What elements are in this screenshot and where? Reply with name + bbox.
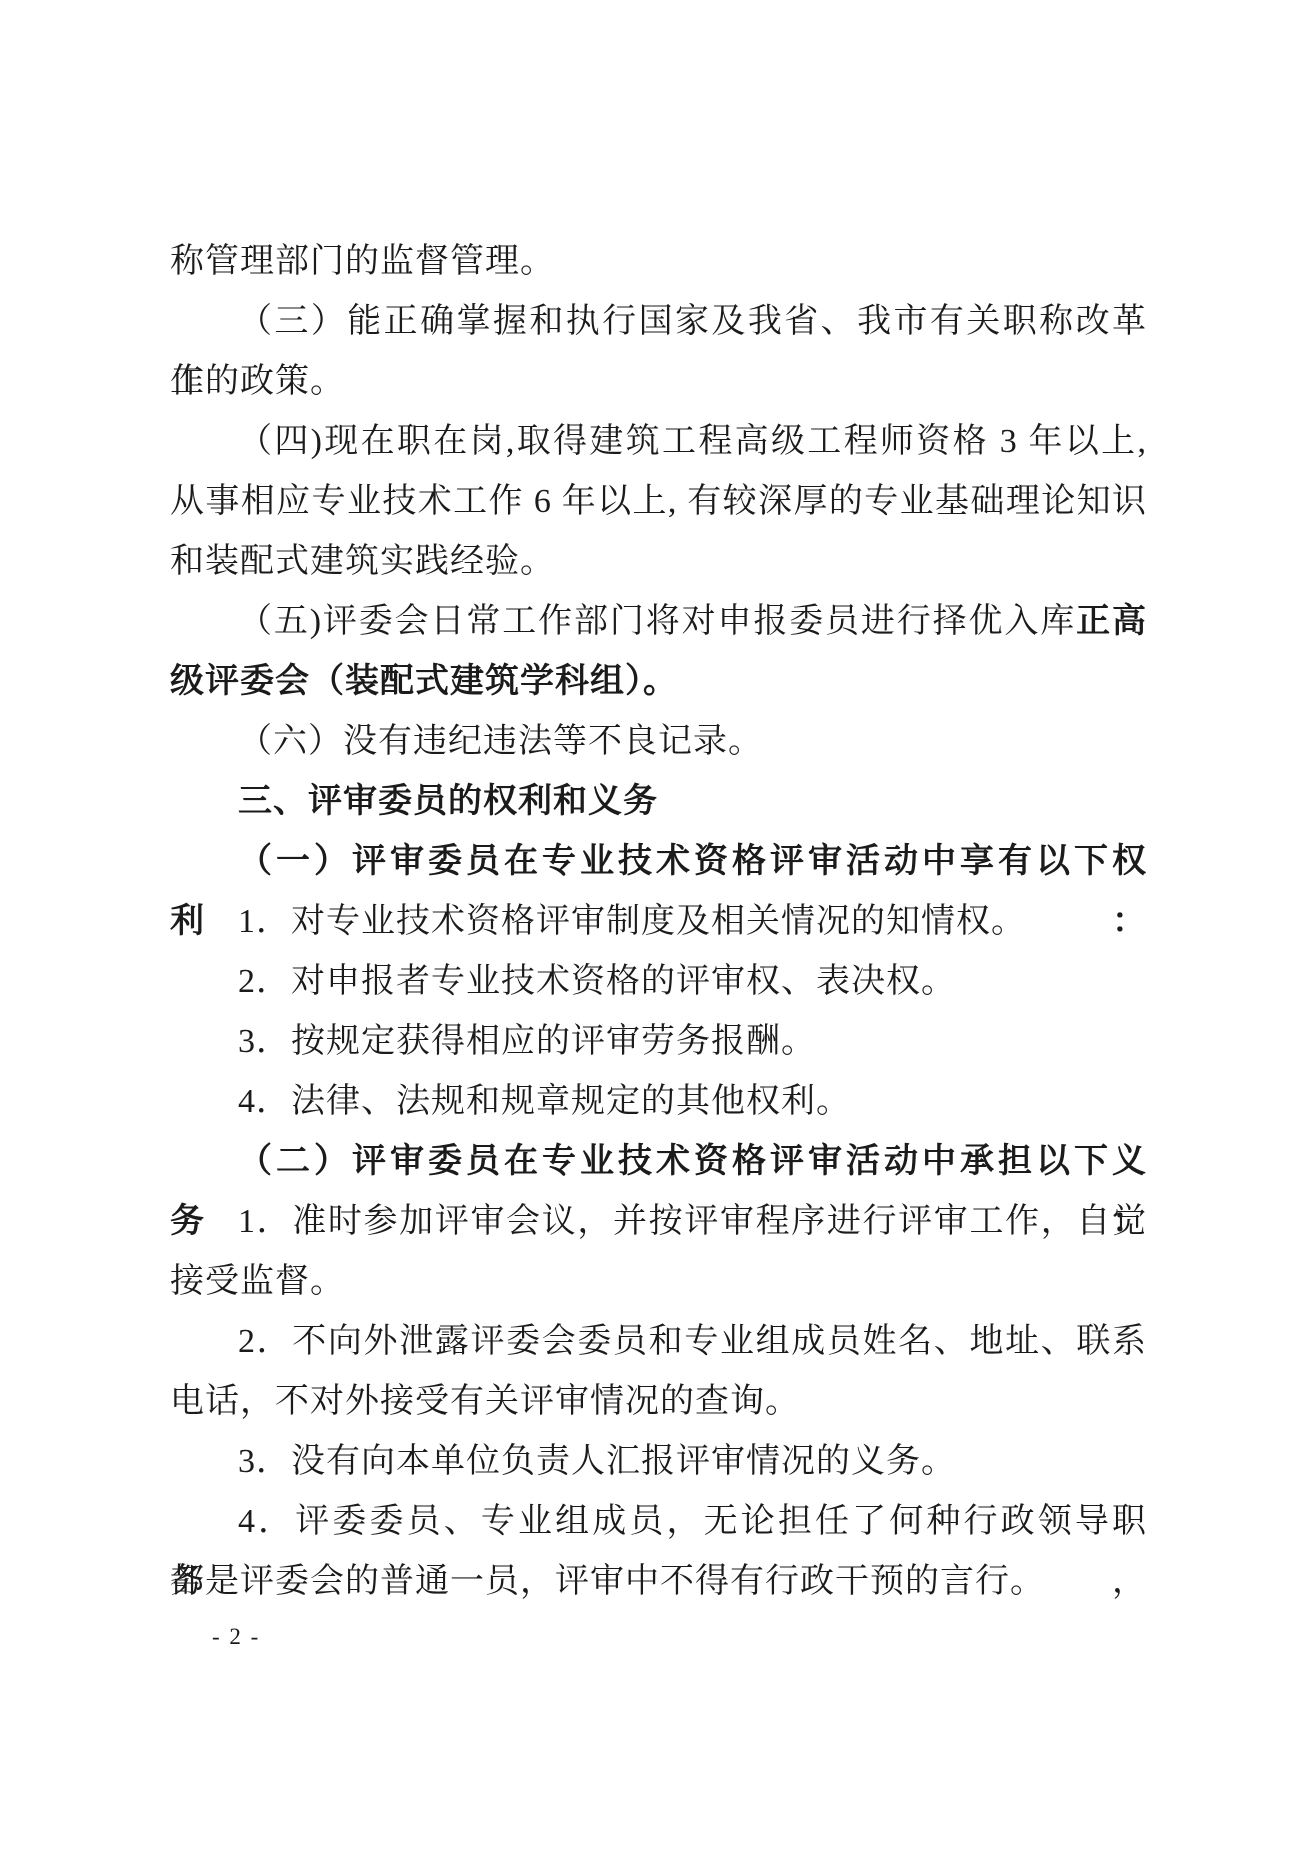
text-line: （五)评委会日常工作部门将对申报委员进行择优入库正高: [170, 592, 1147, 652]
text-line: （六）没有违纪违法等不良记录。: [170, 712, 1147, 772]
text-line: 作的政策。: [170, 352, 1147, 412]
text-line: （二）评审委员在专业技术资格评审活动中承担以下义务：: [170, 1132, 1147, 1192]
document-body: 称管理部门的监督管理。（三）能正确掌握和执行国家及我省、我市有关职称改革工作的政…: [170, 232, 1147, 1612]
text-line: （三）能正确掌握和执行国家及我省、我市有关职称改革工: [170, 292, 1147, 352]
bold-text-segment: 正高: [1076, 603, 1147, 640]
text-line: 从事相应专业技术工作 6 年以上, 有较深厚的专业基础理论知识: [170, 472, 1147, 532]
text-line: 1．对专业技术资格评审制度及相关情况的知情权。: [170, 892, 1147, 952]
text-line: 3．按规定获得相应的评审劳务报酬。: [170, 1012, 1147, 1072]
text-line: 4．法律、法规和规章规定的其他权利。: [170, 1072, 1147, 1132]
page-number: - 2 -: [212, 1622, 260, 1652]
text-line: 三、评审委员的权利和义务: [170, 772, 1147, 832]
text-line: 4．评委委员、专业组成员，无论担任了何种行政领导职务，: [170, 1492, 1147, 1552]
document-page: { "page": { "number_label": "- 2 -", "ba…: [0, 0, 1314, 1867]
text-line: 3．没有向本单位负责人汇报评审情况的义务。: [170, 1432, 1147, 1492]
text-line: （四)现在职在岗,取得建筑工程高级工程师资格 3 年以上,: [170, 412, 1147, 472]
text-line: 电话，不对外接受有关评审情况的查询。: [170, 1372, 1147, 1432]
text-line: 级评委会（装配式建筑学科组）。: [170, 652, 1147, 712]
text-line: （一）评审委员在专业技术资格评审活动中享有以下权利：: [170, 832, 1147, 892]
text-line: 和装配式建筑实践经验。: [170, 532, 1147, 592]
text-line: 称管理部门的监督管理。: [170, 232, 1147, 292]
text-line: 接受监督。: [170, 1252, 1147, 1312]
text-line: 2．对申报者专业技术资格的评审权、表决权。: [170, 952, 1147, 1012]
text-segment: （五)评委会日常工作部门将对申报委员进行择优入库: [238, 603, 1076, 640]
text-line: 都是评委会的普通一员，评审中不得有行政干预的言行。: [170, 1552, 1147, 1612]
text-line: 1．准时参加评审会议，并按评审程序进行评审工作，自觉: [170, 1192, 1147, 1252]
text-line: 2．不向外泄露评委会委员和专业组成员姓名、地址、联系: [170, 1312, 1147, 1372]
page: 称管理部门的监督管理。（三）能正确掌握和执行国家及我省、我市有关职称改革工作的政…: [0, 0, 1314, 1867]
